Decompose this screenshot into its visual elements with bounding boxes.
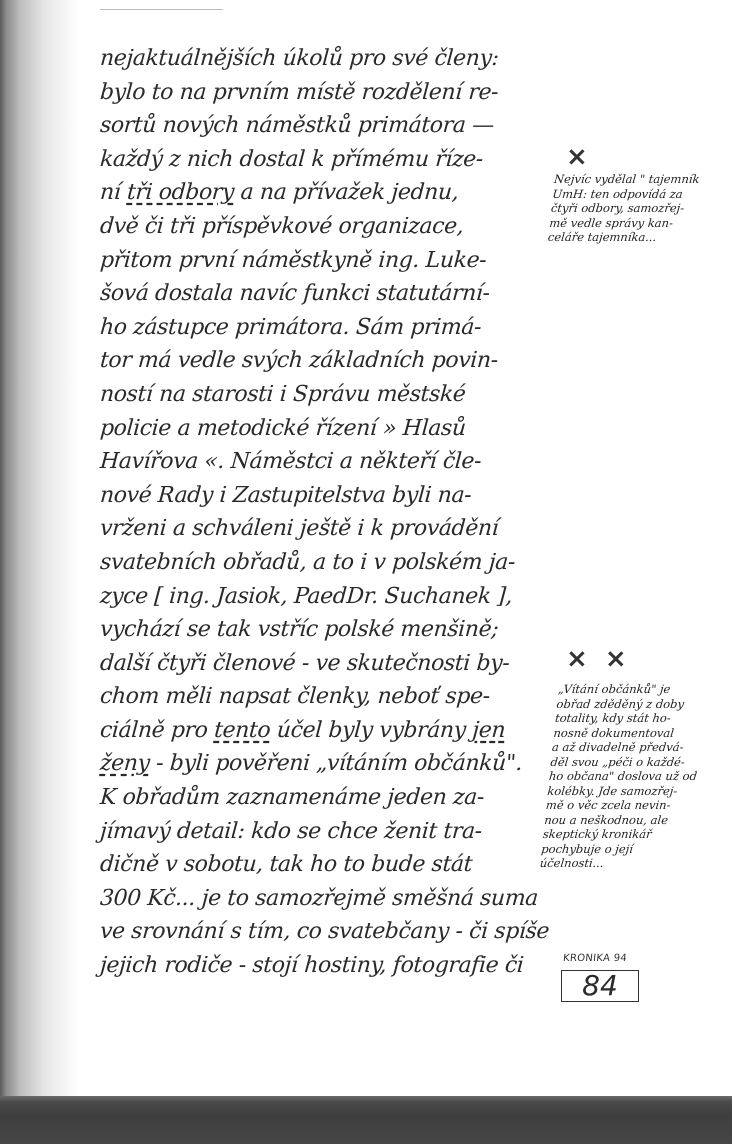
note-line: skeptický kronikář bbox=[542, 827, 692, 842]
footnote-double-marker-icon: × × bbox=[566, 646, 631, 672]
text-line: sortů nových náměstků primátora — bbox=[99, 109, 551, 143]
text-line: ve srovnání s tím, co svatebčany - či sp… bbox=[99, 915, 551, 949]
text-line: zyce [ ing. Jasiok, PaedDr. Suchanek ], bbox=[99, 580, 551, 614]
text-line: přitom první náměstkyně ing. Luke- bbox=[99, 244, 551, 278]
note-line: a až divadelně předvá- bbox=[551, 740, 701, 755]
margin-note-1: Nejvíc vydělal " tajemník UmH: ten odpov… bbox=[547, 172, 700, 245]
text-line: bylo to na prvním místě rozdělení re- bbox=[99, 76, 551, 110]
book-gutter-shadow bbox=[0, 0, 80, 1096]
text-line: další čtyři členové - ve skutečnosti by- bbox=[99, 647, 551, 681]
text-line: jejich rodiče - stojí hostiny, fotografi… bbox=[99, 949, 551, 983]
scanner-edge-band bbox=[0, 1096, 732, 1144]
underlined-word: ženy bbox=[99, 751, 150, 776]
chronicle-label: KRONIKA 94 bbox=[562, 953, 627, 964]
text-line: nové Rady i Zastupitelstva byli na- bbox=[99, 479, 551, 513]
note-line: kolébky. Jde samozřej- bbox=[547, 784, 697, 799]
text-line: ní tři odbory a na přívažek jednu, bbox=[99, 176, 551, 210]
page-number-box: 84 bbox=[561, 970, 639, 1002]
note-line: ho občana" doslova už od bbox=[548, 769, 698, 784]
text-line: dvě či tři příspěvkové organizace, bbox=[99, 210, 551, 244]
text-line: chom měli napsat členky, neboť spe- bbox=[99, 680, 551, 714]
note-line: totality, kdy stát ho- bbox=[554, 711, 704, 726]
main-text-column: nejaktuálnějších úkolů pro své členy: by… bbox=[100, 42, 550, 983]
text-line: policie a metodické řízení » Hlasů bbox=[99, 412, 551, 446]
text-line: ho zástupce primátora. Sám primá- bbox=[99, 311, 551, 345]
top-rule-line bbox=[100, 9, 223, 10]
note-line: mě o věc zcela nevin- bbox=[545, 798, 695, 813]
underlined-word: tři odbory bbox=[126, 180, 235, 205]
text-line: K obřadům zaznamenáme jeden za- bbox=[99, 781, 551, 815]
text-line: vychází se tak vstříc polské menšině; bbox=[99, 613, 551, 647]
text-line: Havířova «. Náměstci a někteří čle- bbox=[99, 445, 551, 479]
text-line: dičně v sobotu, tak ho to bude stát bbox=[99, 848, 551, 882]
note-line: pochybuje o její bbox=[541, 842, 691, 857]
note-line: nosně dokumentoval bbox=[553, 726, 703, 741]
note-line: UmH: ten odpovídá za bbox=[552, 187, 699, 202]
text-line: ženy - byli pověřeni „vítáním občánků". bbox=[99, 747, 551, 781]
note-line: účelnosti... bbox=[539, 856, 689, 871]
text-line: šová dostala navíc funkci statutární- bbox=[99, 277, 551, 311]
footnote-marker-icon: × bbox=[566, 144, 588, 170]
note-line: celáře tajemníka... bbox=[547, 230, 694, 245]
note-line: děl svou „péči o každé- bbox=[550, 755, 700, 770]
text-line: nejaktuálnějších úkolů pro své členy: bbox=[99, 42, 551, 76]
text-line: jímavý detail: kdo se chce ženit tra- bbox=[99, 815, 551, 849]
text-line: tor má vedle svých základních povin- bbox=[99, 344, 551, 378]
note-line: nou a neškodnou, ale bbox=[544, 813, 694, 828]
text-line: ciálně pro tento účel byly vybrány jen bbox=[99, 714, 551, 748]
text-line: každý z nich dostal k přímému říze- bbox=[99, 143, 551, 177]
note-line: „Vítání občánků" je bbox=[557, 682, 707, 697]
note-line: Nejvíc vydělal " tajemník bbox=[553, 172, 700, 187]
note-line: mě vedle správy kan- bbox=[549, 216, 696, 231]
underlined-word: tento bbox=[213, 718, 271, 743]
text-line: svatebních obřadů, a to i v polském ja- bbox=[99, 546, 551, 580]
underlined-word: jen bbox=[471, 718, 506, 743]
note-line: čtyři odbory, samozřej- bbox=[550, 201, 697, 216]
margin-note-2: „Vítání občánků" je obřad zděděný z doby… bbox=[539, 682, 707, 871]
text-line: ností na starosti i Správu městské bbox=[99, 378, 551, 412]
note-line: obřad zděděný z doby bbox=[556, 697, 706, 712]
text-line: vrženi a schváleni ještě i k provádění bbox=[99, 512, 551, 546]
text-line: 300 Kč... je to samozřejmě směšná suma bbox=[99, 882, 551, 916]
